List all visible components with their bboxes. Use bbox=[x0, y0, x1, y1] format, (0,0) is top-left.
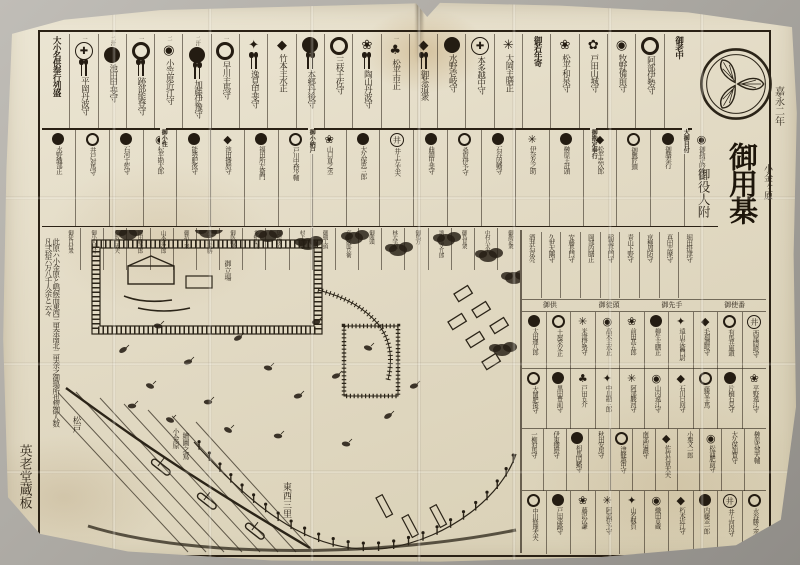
name-column: 稲葉長門守 bbox=[601, 232, 621, 298]
ring-mon-icon bbox=[641, 37, 659, 55]
official-name: 山名靱負 bbox=[628, 507, 635, 528]
ring-mon-icon bbox=[615, 432, 628, 445]
official-name: 松平勘太郎 bbox=[157, 146, 164, 174]
roster-row: 一柳対馬守伊東播磨守相馬因幡守秋田安房守津軽越中守南部信濃守◆佐竹右京大夫小栗又… bbox=[522, 428, 766, 491]
solid-mon-icon bbox=[724, 372, 736, 384]
name-column: 土屋采女正 bbox=[547, 312, 572, 369]
star-mon-icon: ✦ bbox=[246, 37, 262, 53]
diamond-mon-icon: ◆ bbox=[675, 372, 687, 384]
solid-mon-icon bbox=[650, 315, 662, 327]
official-name: 津軽越中守 bbox=[618, 446, 625, 473]
name-column: 二◉小笠原近江守 bbox=[155, 34, 183, 128]
spear-icon bbox=[138, 63, 140, 76]
ring-mon-icon bbox=[627, 133, 640, 146]
name-column: ◆竹本主水正 bbox=[268, 34, 296, 128]
map-label-stand: 御立場 bbox=[224, 259, 232, 282]
spear-icons bbox=[138, 63, 144, 76]
roster-section-label: 御供 bbox=[543, 300, 557, 311]
name-column: 南部信濃守 bbox=[633, 429, 655, 491]
name-column: 御鷹匠頭 bbox=[617, 130, 651, 226]
ring-mon-icon bbox=[289, 133, 302, 146]
ring-mon-icon bbox=[86, 133, 99, 146]
photograph-of-edo-broadside: 大小名供奉行列盛一✚平岡丹波守二汁池田甲斐守一跡部能登守二◉小笠原近江守二汁加藤… bbox=[0, 0, 800, 565]
kashiwa-mon-icon: ♣ bbox=[577, 372, 589, 384]
spear-icons bbox=[81, 63, 87, 76]
map-label-distance: 東西三里 bbox=[281, 481, 292, 518]
name-column: ✳米津伊勢守 bbox=[571, 312, 596, 369]
official-name: 水野織部正 bbox=[55, 146, 62, 174]
name-column: ◆石川日向守 bbox=[669, 369, 694, 429]
name-column: 堀田摂津守 bbox=[679, 232, 698, 298]
name-column: 石河土佐守 bbox=[110, 130, 144, 226]
name-column: 榊原主計頭 bbox=[550, 130, 584, 226]
band2-section-header: 御小納戸 bbox=[308, 128, 314, 154]
spear-icons bbox=[364, 56, 370, 69]
official-name: 酒井右京亮 bbox=[528, 234, 535, 262]
name-column: 一♣松平市正 bbox=[382, 34, 410, 128]
portion-note: 一 bbox=[81, 36, 86, 41]
band2-section-header: 大御目付 bbox=[682, 128, 688, 154]
official-name: 阿部伊勢守 bbox=[645, 56, 654, 94]
name-column: ✳大岡主膳正 bbox=[495, 34, 523, 128]
official-name: 曲淵甲斐守 bbox=[427, 146, 434, 174]
official-name: 片桐石見守 bbox=[726, 385, 733, 412]
official-name: 秋田安房守 bbox=[596, 431, 603, 458]
official-name: 黒田豊前守 bbox=[555, 385, 562, 412]
name-column: 福田所左衛門 bbox=[245, 130, 279, 226]
name-column: ◆毛利讃岐守 bbox=[694, 312, 719, 369]
official-name: 水谷勝之丞 bbox=[751, 508, 758, 535]
official-name: 跡部能登守 bbox=[136, 77, 145, 115]
official-name: 堀田摂津守 bbox=[685, 234, 692, 262]
page-title: 御用棊 bbox=[727, 142, 757, 223]
spear-icon bbox=[364, 56, 366, 69]
solid-mon-icon bbox=[302, 37, 318, 53]
name-column: 二汁加藤伊豫守 bbox=[183, 34, 211, 128]
diamond-mon-icon: ◆ bbox=[274, 37, 290, 53]
kuyo-mon-icon: ✳ bbox=[601, 494, 613, 506]
official-name: 池田播磨守 bbox=[224, 146, 231, 174]
official-name: 榊原式部大輔 bbox=[752, 431, 759, 463]
name-column: 一跡部能登守 bbox=[127, 34, 155, 128]
roster-row: 大関肥後守黒田豊前守♣戸田五介✦中川勘三郎✳阿部駿河守◉山内遠江守◆石川日向守藤… bbox=[522, 368, 766, 429]
solid-mon-icon bbox=[357, 133, 369, 145]
portion-note: 一 bbox=[393, 36, 398, 41]
official-name: 高木主水正 bbox=[604, 328, 611, 355]
official-name: 能勢肥後守 bbox=[190, 146, 197, 174]
official-name: 山内遠江守 bbox=[653, 385, 660, 412]
official-name: 岡部内膳正 bbox=[587, 234, 594, 262]
official-name: 本多越中守 bbox=[476, 56, 485, 94]
name-column: ◉牧野備前守 bbox=[608, 34, 636, 128]
official-name: 中川修理大夫 bbox=[530, 508, 537, 540]
name-column: ✦逸見甲斐守 bbox=[240, 34, 268, 128]
name-column: 片桐石見守 bbox=[718, 369, 743, 429]
name-column: ✳伊奈友之助 bbox=[516, 130, 550, 226]
star-mon-icon: ✦ bbox=[626, 494, 638, 506]
name-column: ◉高木主水正 bbox=[596, 312, 621, 369]
spear-icons bbox=[194, 66, 200, 79]
official-name: 井上左太夫 bbox=[393, 148, 400, 176]
official-name: 御老中 bbox=[674, 36, 683, 59]
name-column: 大久保加賀守 bbox=[722, 429, 744, 491]
igeta-mon-icon: 井 bbox=[390, 133, 404, 147]
roster-section-labels: 御供御徒頭御先手御使番 bbox=[522, 299, 766, 311]
name-column: 石谷因幡守 bbox=[482, 130, 516, 226]
name-column: 井井上河内守 bbox=[718, 491, 743, 554]
official-name: 真田志摩守 bbox=[666, 234, 673, 262]
title-subtitle: 御役人附 bbox=[697, 168, 710, 218]
band2-section-header: 御勘定奉行 bbox=[590, 128, 596, 160]
flower-mon-icon: ❀ bbox=[359, 37, 375, 53]
name-column: ❀陶山丹波守 bbox=[353, 34, 381, 128]
name-column: 一✚平岡丹波守 bbox=[70, 34, 98, 128]
name-column: 岡部内膳正 bbox=[581, 232, 601, 298]
tokugawa-aoi-crest-icon bbox=[698, 46, 774, 126]
name-column: ◆御茶道衆 bbox=[410, 34, 438, 128]
official-name: 松浦肥前守 bbox=[707, 445, 714, 472]
roster-section-label: 御先手 bbox=[661, 300, 682, 311]
ring-mon-icon bbox=[216, 42, 234, 60]
ring-mon-icon bbox=[723, 315, 736, 328]
ring-mon-icon bbox=[748, 494, 761, 507]
name-column: 京極周防守 bbox=[640, 232, 660, 298]
kuyo-mon-icon: ✳ bbox=[626, 372, 638, 384]
official-name: 土屋采女正 bbox=[555, 329, 562, 356]
official-name: 逸見甲斐守 bbox=[249, 70, 258, 108]
mokko-mon-icon: ◉ bbox=[161, 42, 177, 58]
spear-icon bbox=[81, 63, 83, 76]
official-name: 竹本主水正 bbox=[278, 54, 287, 92]
name-column: 一柳対馬守 bbox=[522, 429, 544, 491]
solid-mon-icon bbox=[188, 133, 200, 145]
name-column: ◉織田市蔵 bbox=[645, 491, 670, 554]
official-name: 太田運八郎 bbox=[530, 328, 537, 355]
name-column: 柳生主膳正 bbox=[645, 312, 670, 369]
maru-juji-mon-icon: ✚ bbox=[75, 42, 93, 60]
kashiwa-mon-icon: ♣ bbox=[387, 42, 403, 58]
solid-mon-icon bbox=[560, 133, 572, 145]
ring-mon-icon bbox=[527, 494, 540, 507]
official-name: 早川主馬守 bbox=[221, 61, 230, 99]
solid-mon-icon bbox=[444, 37, 460, 53]
diamond-mon-icon: ◆ bbox=[416, 37, 432, 53]
name-column: 大久保忠三郎 bbox=[347, 130, 381, 226]
flower-mon-icon: ❀ bbox=[577, 494, 589, 506]
official-name: 阿部駿河守 bbox=[628, 385, 635, 412]
roster-row: 太田運八郎土屋采女正✳米津伊勢守◉高木主水正❀前田甚五郎柳生主膳正✦遠山左衛門尉… bbox=[522, 311, 766, 369]
name-column: 有馬兵庫頭 bbox=[718, 312, 743, 369]
koganehara-hunt-map: 御立場 松戸 小金原 繪圖之寫 東西三里 bbox=[58, 230, 520, 553]
name-column: ❀松平和泉守 bbox=[551, 34, 579, 128]
publisher-colophon: 英老堂蔵板 bbox=[17, 444, 31, 509]
name-column: 戸田淡路守 bbox=[547, 491, 572, 554]
official-name: 平野遠江守 bbox=[751, 385, 758, 412]
flower-mon-icon: ❀ bbox=[626, 315, 638, 327]
name-column: 大関肥後守 bbox=[522, 369, 547, 429]
official-name: 稲葉長門守 bbox=[607, 234, 614, 262]
official-name: 西尾隠岐守 bbox=[751, 330, 758, 357]
name-column: 相馬因幡守 bbox=[567, 429, 589, 491]
official-name: 南部信濃守 bbox=[641, 431, 648, 458]
officials-band: 水野織部正井戸対馬守石河土佐守◉松平勘太郎能勢肥後守◆池田播磨守福田所左衛門戸川… bbox=[42, 130, 718, 227]
official-name: 青山下野守 bbox=[626, 234, 633, 262]
name-column: 秋田安房守 bbox=[589, 429, 611, 491]
name-column: 水谷勝之丞 bbox=[743, 491, 767, 554]
star-mon-icon: ✦ bbox=[601, 372, 613, 384]
official-name: 御膳奉行 bbox=[664, 146, 671, 168]
official-name: 池田甲斐守 bbox=[108, 64, 117, 102]
official-name: 大関肥後守 bbox=[530, 386, 537, 413]
name-column: ❀藤沢次謙 bbox=[571, 491, 596, 554]
official-name: 中川勘三郎 bbox=[604, 385, 611, 412]
official-name: 佐竹右京大夫 bbox=[663, 445, 670, 477]
mokko-mon-icon: ◉ bbox=[614, 37, 630, 53]
official-name: 本郷丹後守 bbox=[306, 70, 315, 108]
name-column: ♣戸田五介 bbox=[571, 369, 596, 429]
diamond-mon-icon: ◆ bbox=[675, 494, 687, 506]
mokko-mon-icon: ◉ bbox=[705, 432, 717, 444]
official-name: 平岡丹波守 bbox=[79, 77, 88, 115]
diamond-mon-icon: ◆ bbox=[222, 133, 234, 145]
name-column: ◉山内遠江守 bbox=[645, 369, 670, 429]
spear-icon bbox=[307, 56, 309, 69]
name-column: ◆松平忠次郎 bbox=[584, 130, 618, 226]
official-name: 織田市蔵 bbox=[653, 507, 660, 528]
name-column: 伊東播磨守 bbox=[544, 429, 566, 491]
map-caption: 繪圖之寫 bbox=[182, 431, 190, 461]
name-column: 久世大隅守 bbox=[542, 232, 562, 298]
spear-icons bbox=[307, 56, 313, 69]
name-column: 三枝土佐守 bbox=[325, 34, 353, 128]
name-column: ✦遠山左衛門尉 bbox=[669, 312, 694, 369]
official-name: 榊原主計頭 bbox=[563, 146, 570, 174]
official-name: 小笠原近江守 bbox=[164, 59, 173, 104]
solid-mon-icon bbox=[552, 372, 564, 384]
name-column: 能勢肥後守 bbox=[177, 130, 211, 226]
name-column: 水野壱岐守 bbox=[438, 34, 466, 128]
portion-note: 一 bbox=[138, 36, 143, 41]
name-column: 酒井右京亮 bbox=[522, 232, 542, 298]
ume-mon-icon: ✿ bbox=[585, 37, 601, 53]
spear-icons bbox=[421, 56, 427, 69]
official-name: 戸田淡路守 bbox=[555, 507, 562, 534]
name-column: 太田運八郎 bbox=[522, 312, 547, 369]
official-name: 福田所左衛門 bbox=[258, 146, 265, 179]
solid-mon-icon bbox=[52, 133, 64, 145]
solid-mon-icon bbox=[662, 133, 674, 145]
name-column: 本郷丹後守 bbox=[297, 34, 325, 128]
mokko-mon-icon: ◉ bbox=[601, 315, 613, 327]
name-column: 御膳奉行 bbox=[651, 130, 685, 226]
ring-mon-icon bbox=[132, 42, 150, 60]
name-column: ◆朽木近江守 bbox=[669, 491, 694, 554]
name-column: 桑原伊予守 bbox=[448, 130, 482, 226]
official-name: 伊奈友之助 bbox=[529, 146, 536, 174]
title-block: 小金ヶ原 御用棊 御役人附 bbox=[695, 140, 767, 290]
spear-icon bbox=[142, 63, 144, 76]
official-name: 井上河内守 bbox=[726, 509, 733, 536]
diamond-mon-icon: ◆ bbox=[699, 315, 711, 327]
kuyo-mon-icon: ✳ bbox=[526, 133, 538, 145]
name-column: ✦中川勘三郎 bbox=[596, 369, 621, 429]
solid-mon-icon bbox=[552, 494, 564, 506]
official-name: 御鷹匠頭 bbox=[630, 147, 637, 169]
roster-section-label: 御徒頭 bbox=[599, 300, 620, 311]
official-name: 桑原伊予守 bbox=[461, 147, 468, 175]
column-header: 大小名供奉行列盛 bbox=[42, 34, 70, 128]
spear-icon bbox=[85, 63, 87, 76]
official-name: 井戸対馬守 bbox=[89, 147, 96, 175]
official-name: 相馬因幡守 bbox=[574, 445, 581, 472]
name-column: 小栗又一郎 bbox=[678, 429, 700, 491]
solid-mon-icon bbox=[571, 432, 583, 444]
official-name: 松平忠次郎 bbox=[597, 146, 604, 174]
name-column: ✦山名靱負 bbox=[620, 491, 645, 554]
official-name: 御茶道衆 bbox=[419, 70, 428, 100]
diamond-mon-icon: ◆ bbox=[660, 432, 672, 444]
column-header: 御老中 bbox=[665, 34, 692, 128]
name-column: ◆佐竹右京大夫 bbox=[656, 429, 678, 491]
official-name: 阿部伊予守 bbox=[604, 507, 611, 534]
daimyo-procession-band: 大小名供奉行列盛一✚平岡丹波守二汁池田甲斐守一跡部能登守二◉小笠原近江守二汁加藤… bbox=[42, 34, 692, 130]
band2-section-header: 御小性 bbox=[160, 128, 166, 148]
solid-mon-icon bbox=[528, 315, 540, 327]
era-date-label: 嘉永二年 bbox=[772, 86, 783, 126]
name-column: 井戸対馬守 bbox=[76, 130, 110, 226]
roster-row-top: 酒井右京亮久世大隅守安藤長門守岡部内膳正稲葉長門守青山下野守京極周防守真田志摩守… bbox=[522, 232, 698, 298]
official-name: 内藤金一郎 bbox=[702, 507, 709, 534]
mokko-mon-icon: ◉ bbox=[650, 494, 662, 506]
name-column: 青山下野守 bbox=[620, 232, 640, 298]
maru-juji-mon-icon: ✚ bbox=[471, 37, 489, 55]
roster-section-label: 御使番 bbox=[724, 300, 745, 311]
flower-mon-icon: ❀ bbox=[323, 133, 335, 145]
name-column: 津軽越中守 bbox=[611, 429, 633, 491]
official-name: 朽木近江守 bbox=[677, 507, 684, 534]
map-label-matsudo: 松戸 bbox=[71, 415, 81, 434]
name-column: 一早川主馬守 bbox=[212, 34, 240, 128]
official-name: 柳生主膳正 bbox=[653, 328, 660, 355]
official-name: 藤堂主馬 bbox=[702, 386, 709, 407]
name-column: ◆池田播磨守 bbox=[211, 130, 245, 226]
name-column: 黒田豊前守 bbox=[547, 369, 572, 429]
official-name: 大岡主膳正 bbox=[504, 54, 513, 92]
solid-mon-icon bbox=[189, 47, 205, 63]
official-name: 一柳対馬守 bbox=[529, 431, 536, 458]
igeta-mon-icon: 井 bbox=[723, 494, 737, 508]
spear-icon bbox=[255, 56, 257, 69]
name-column: 井西尾隠岐守 bbox=[743, 312, 767, 369]
official-name: 戸川中務少輔 bbox=[292, 147, 299, 180]
name-column: ✳阿部駿河守 bbox=[620, 369, 645, 429]
official-name: 石谷因幡守 bbox=[495, 146, 502, 174]
portion-note: 二汁 bbox=[195, 36, 200, 46]
spear-icons bbox=[251, 56, 257, 69]
name-column: ✚本多越中守 bbox=[466, 34, 494, 128]
solid-mon-icon bbox=[425, 133, 437, 145]
name-column: 二汁池田甲斐守 bbox=[99, 34, 127, 128]
official-name: 伊東播磨守 bbox=[552, 431, 559, 458]
star-mon-icon: ✦ bbox=[675, 315, 687, 327]
solid-mon-icon bbox=[104, 47, 120, 63]
roster-row: 中川修理大夫戸田淡路守❀藤沢次謙✳阿部伊予守✦山名靱負◉織田市蔵◆朽木近江守内藤… bbox=[522, 490, 766, 554]
official-name: 陶山丹波守 bbox=[362, 70, 371, 108]
paper-sheet: 大小名供奉行列盛一✚平岡丹波守二汁池田甲斐守一跡部能登守二◉小笠原近江守二汁加藤… bbox=[0, 0, 800, 565]
official-name: 松平和泉守 bbox=[561, 54, 570, 92]
official-name: 大久保加賀守 bbox=[730, 431, 737, 463]
official-name: 石河土佐守 bbox=[123, 146, 130, 174]
official-name: 大久保忠三郎 bbox=[360, 146, 367, 179]
name-column: ❀前田甚五郎 bbox=[620, 312, 645, 369]
solid-mon-icon bbox=[699, 494, 711, 506]
flower-mon-icon: ❀ bbox=[557, 37, 573, 53]
name-column: 安藤長門守 bbox=[561, 232, 581, 298]
name-column: 内藤金一郎 bbox=[694, 491, 719, 554]
name-column: 阿部伊勢守 bbox=[636, 34, 664, 128]
portion-note: 二汁 bbox=[110, 36, 115, 46]
name-column: 藤堂主馬 bbox=[694, 369, 719, 429]
official-name: 久世大隅守 bbox=[548, 234, 555, 262]
name-column: ✳阿部伊予守 bbox=[596, 491, 621, 554]
official-name: 藤沢次謙 bbox=[579, 507, 586, 528]
map-caption: 小金原 bbox=[172, 427, 181, 450]
spear-icon bbox=[421, 56, 423, 69]
official-name: 前田甚五郎 bbox=[628, 328, 635, 355]
title-place-label: 小金ヶ原 bbox=[762, 164, 771, 200]
official-name: 戸田山城守 bbox=[589, 54, 598, 92]
name-column: 曲淵甲斐守 bbox=[414, 130, 448, 226]
official-name: 遠山左衛門尉 bbox=[677, 328, 684, 360]
kuyo-mon-icon: ✳ bbox=[577, 315, 589, 327]
official-name: 安藤長門守 bbox=[567, 234, 574, 262]
ring-mon-icon bbox=[458, 133, 471, 146]
official-name: 毛利讃岐守 bbox=[702, 328, 709, 355]
column-header: 御若年寄 bbox=[523, 34, 551, 128]
name-column: 井井上左太夫 bbox=[380, 130, 414, 226]
ring-mon-icon bbox=[527, 372, 540, 385]
official-name: 京極周防守 bbox=[646, 234, 653, 262]
ring-mon-icon bbox=[552, 315, 565, 328]
name-column: ❀山口直之丞 bbox=[313, 130, 347, 226]
name-column: ✿戸田山城守 bbox=[580, 34, 608, 128]
name-column: 中川修理大夫 bbox=[522, 491, 547, 554]
spear-icon bbox=[251, 56, 253, 69]
official-name: 小栗又一郎 bbox=[685, 431, 692, 458]
solid-mon-icon bbox=[492, 133, 504, 145]
mokko-mon-icon: ◉ bbox=[650, 372, 662, 384]
official-name: 大小名供奉行列盛 bbox=[51, 36, 60, 96]
spear-icon bbox=[425, 56, 427, 69]
name-column: 真田志摩守 bbox=[660, 232, 680, 298]
portion-note: 一 bbox=[223, 36, 228, 41]
official-name: 牧野備前守 bbox=[617, 54, 626, 92]
official-name: 戸田五介 bbox=[579, 385, 586, 406]
spear-icon bbox=[194, 66, 196, 79]
igeta-mon-icon: 井 bbox=[747, 315, 761, 329]
official-name: 三枝土佐守 bbox=[334, 56, 343, 94]
official-name: 米津伊勢守 bbox=[579, 328, 586, 355]
ring-mon-icon bbox=[699, 372, 712, 385]
solid-mon-icon bbox=[255, 133, 267, 145]
portion-note: 二 bbox=[166, 36, 171, 41]
ring-mon-icon bbox=[330, 37, 348, 55]
spear-icon bbox=[368, 56, 370, 69]
name-column: ◉松浦肥前守 bbox=[700, 429, 722, 491]
flower-mon-icon: ❀ bbox=[748, 372, 760, 384]
name-column: 水野織部正 bbox=[42, 130, 76, 226]
official-name: 水野壱岐守 bbox=[447, 54, 456, 92]
